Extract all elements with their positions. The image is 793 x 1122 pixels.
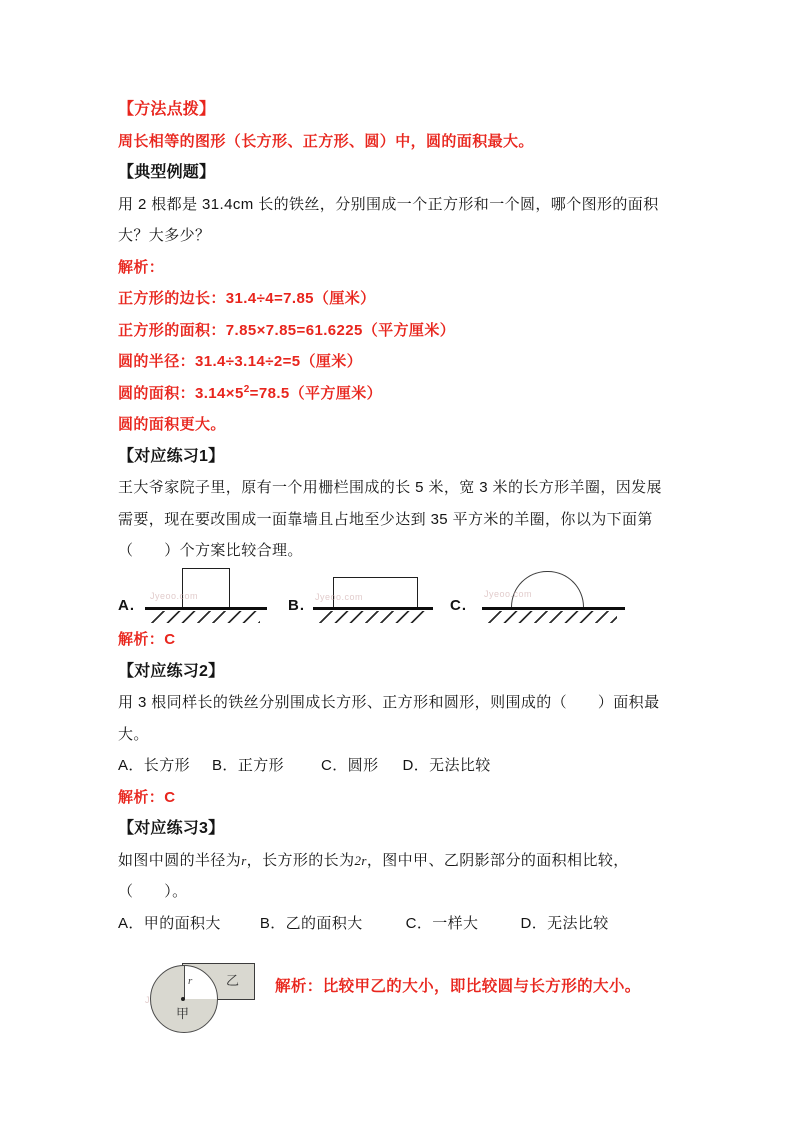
example-step: 圆的半径：31.4÷3.14÷2=5（厘米） [118,346,688,378]
practice1-question-line: 需要，现在要改围成一面靠墙且占地至少达到 35 平方米的羊圈，你以为下面第 [118,504,688,536]
practice3-q-text: ，图中甲、乙阴影部分的面积相比较， [367,852,629,869]
diagram-a-ground-line [145,607,267,610]
example-analysis-label: 解析： [118,252,688,284]
figure-radius-line [184,966,185,999]
diagram-a-square-shape [182,568,230,608]
watermark-text: Jyeoo.com [150,591,198,601]
practice1-title: 【对应练习1】 [118,441,688,473]
watermark-text: Jyeoo.com [484,589,532,599]
length-variable: 2r [354,853,366,868]
diagram-c-ground-line [482,607,625,610]
practice3-q-text: ，长方形的长为 [247,852,355,869]
practice2-answer: 解析：C [118,782,688,814]
practice3-analysis: 解析：比较甲乙的大小，即比较圆与长方形的大小。 [275,979,641,995]
practice1-answer: 解析：C [118,624,688,656]
practice2-title: 【对应练习2】 [118,656,688,688]
practice2-question-line: 用 3 根同样长的铁丝分别围成长方形、正方形和圆形，则围成的（ ）面积最 [118,687,688,719]
practice3-option-c: C．一样大 [406,908,479,940]
practice3-title: 【对应练习3】 [118,813,688,845]
figure-yi-label: 乙 [226,970,239,989]
example-question-line: 大？大多少？ [118,220,688,252]
figure-jia-label: 甲 [176,1003,189,1022]
diagram-b-hatching [318,611,426,623]
practice2-options-row: A．长方形 B．正方形 C．圆形 D．无法比较 [118,750,688,782]
figure-radius-label: r [188,975,192,987]
circle-area-suffix: =78.5（平方厘米） [250,385,382,402]
method-title: 【方法点拨】 [118,94,688,126]
practice2-option-d: D．无法比较 [402,750,490,782]
practice3-option-a: A．甲的面积大 [118,908,221,940]
diagram-a-label: A. [118,597,135,614]
practice1-diagrams: A. Jyeoo.com B. Jyeoo.com C. Jyeoo.com [0,567,793,625]
practice3-figure-area: r 甲 乙 Jyeoo.com 解析：比较甲乙的大小，即比较圆与长方形的大小。 [0,939,793,1122]
practice2-question-line: 大。 [118,719,688,751]
practice3-option-d: D．无法比较 [520,908,608,940]
practice2-option-b: B．正方形 [212,750,284,782]
example-title: 【典型例题】 [118,157,688,189]
practice3-options-row: A．甲的面积大 B．乙的面积大 C．一样大 D．无法比较 [118,908,688,940]
diagram-b-ground-line [313,607,433,610]
practice2-option-a: A．长方形 [118,750,190,782]
example-question-line: 用 2 根都是 31.4cm 长的铁丝，分别围成一个正方形和一个圆，哪个图形的面… [118,189,688,221]
practice1-question-line: 王大爷家院子里，原有一个用栅栏围成的长 5 米，宽 3 米的长方形羊圈，因发展 [118,472,688,504]
method-point: 周长相等的图形（长方形、正方形、圆）中，圆的面积最大。 [118,126,688,158]
practice3-question-line: （ ）。 [118,876,688,908]
circle-area-prefix: 圆的面积：3.14×5 [118,385,244,402]
example-step: 正方形的边长：31.4÷4=7.85（厘米） [118,283,688,315]
worksheet-page: 【方法点拨】 周长相等的图形（长方形、正方形、圆）中，圆的面积最大。 【典型例题… [0,0,793,1122]
practice3-question-line: 如图中圆的半径为r，长方形的长为2r，图中甲、乙阴影部分的面积相比较， [118,845,688,877]
example-step: 正方形的面积：7.85×7.85=61.6225（平方厘米） [118,315,688,347]
practice3-option-b: B．乙的面积大 [260,908,363,940]
worksheet-content: 【方法点拨】 周长相等的图形（长方形、正方形、圆）中，圆的面积最大。 【典型例题… [0,0,793,1122]
diagram-c-hatching [487,611,617,623]
watermark-text: Jyeoo.com [315,592,363,602]
diagram-b-label: B. [288,597,305,614]
example-conclusion: 圆的面积更大。 [118,409,688,441]
practice2-option-c: C．圆形 [321,750,378,782]
diagram-c-label: C. [450,597,467,614]
example-step-circle-area: 圆的面积：3.14×52=78.5（平方厘米） [118,378,688,410]
diagram-a-hatching [150,611,260,623]
practice1-question-line: （ ）个方案比较合理。 [118,535,688,567]
practice3-q-text: 如图中圆的半径为 [118,852,241,869]
